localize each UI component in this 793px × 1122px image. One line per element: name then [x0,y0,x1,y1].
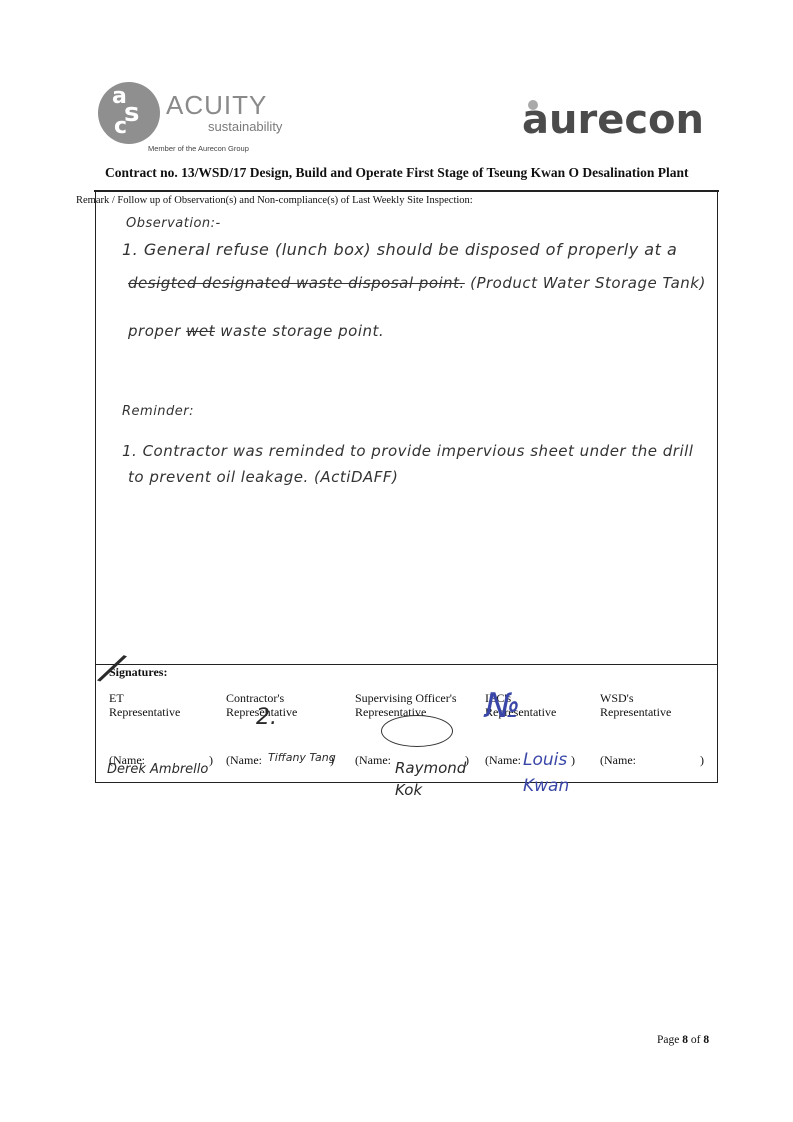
name-label: (Name: [600,753,636,767]
handwritten-name: Tiffany Tang [268,751,336,765]
observation-location: (Product Water Storage Tank) [470,274,706,292]
aurecon-dot-icon [528,100,538,110]
signature-supervising-officer-representative: Supervising Officer's Representative (Na… [355,691,457,719]
aurecon-logo: aurecon [522,100,704,140]
signature-iec-representative: IEC's Representative № (Name: ) Louis Kw… [485,691,556,719]
acuity-sustainability-logo: a s c ACUITY sustainability Member of th… [98,82,298,154]
role-label: Representative [600,705,671,719]
signature-et-representative: ET Representative (Name: ) / Derek Ambre… [109,691,180,719]
acuity-member-text: Member of the Aurecon Group [148,144,249,153]
page-total: 8 [703,1034,709,1046]
observation-line-1: 1. General refuse (lunch box) should be … [122,240,677,259]
role-label: Supervising Officer's [355,691,457,705]
signature-mark-icon: 2. [256,711,277,725]
role-label: Representative [109,705,180,719]
signatures-section: Signatures: ET Representative (Name: ) /… [96,664,717,782]
handwritten-name: Louis Kwan [523,747,583,799]
reminder-heading: Reminder: [122,404,194,419]
observation-line-3: proper wet waste storage point. [128,322,384,340]
inspection-remarks-form: Remark / Follow up of Observation(s) and… [95,191,718,783]
handwritten-name: Raymond Kok [395,757,475,801]
role-label: ET [109,691,180,705]
page-prefix: Page [657,1034,679,1046]
page-current: 8 [682,1034,688,1046]
role-label: WSD's [600,691,671,705]
signature-loop-icon [381,715,453,747]
name-label: (Name: [485,753,521,767]
name-label: (Name: [355,753,391,767]
reminder-line-1: 1. Contractor was reminded to provide im… [122,442,693,460]
close-paren: ) [700,753,704,767]
struck-text: desigted designated waste disposal point… [128,274,465,292]
monogram-letter-c: c [114,116,127,138]
page-of: of [691,1034,701,1046]
acuity-monogram-icon: a s c [98,82,160,144]
contract-title: Contract no. 13/WSD/17 Design, Build and… [105,165,715,181]
observation-word: proper [128,322,181,340]
role-label: Contractor's [226,691,297,705]
reminder-line-2: to prevent oil leakage. (ActiDAFF) [128,468,398,486]
struck-text: wet [186,322,215,340]
close-paren: ) [209,753,213,767]
observation-line-2: desigted designated waste disposal point… [128,274,706,292]
handwritten-name: Derek Ambrello [107,763,208,777]
signature-contractor-representative: Contractor's Representative 2. (Name: Ti… [226,691,297,719]
observation-heading: Observation:- [126,216,221,231]
remark-label: Remark / Follow up of Observation(s) and… [76,195,473,206]
acuity-tagline: sustainability [208,120,282,133]
top-divider [94,190,719,192]
signature-wsd-representative: WSD's Representative (Name: ) [600,691,671,719]
signature-mark-icon: № [485,699,520,713]
acuity-wordmark: ACUITY [166,92,267,118]
observation-words: waste storage point. [220,322,384,340]
page-number: Page 8 of 8 [657,1034,709,1046]
close-paren: ) [330,753,334,767]
name-label: (Name: [226,753,262,767]
